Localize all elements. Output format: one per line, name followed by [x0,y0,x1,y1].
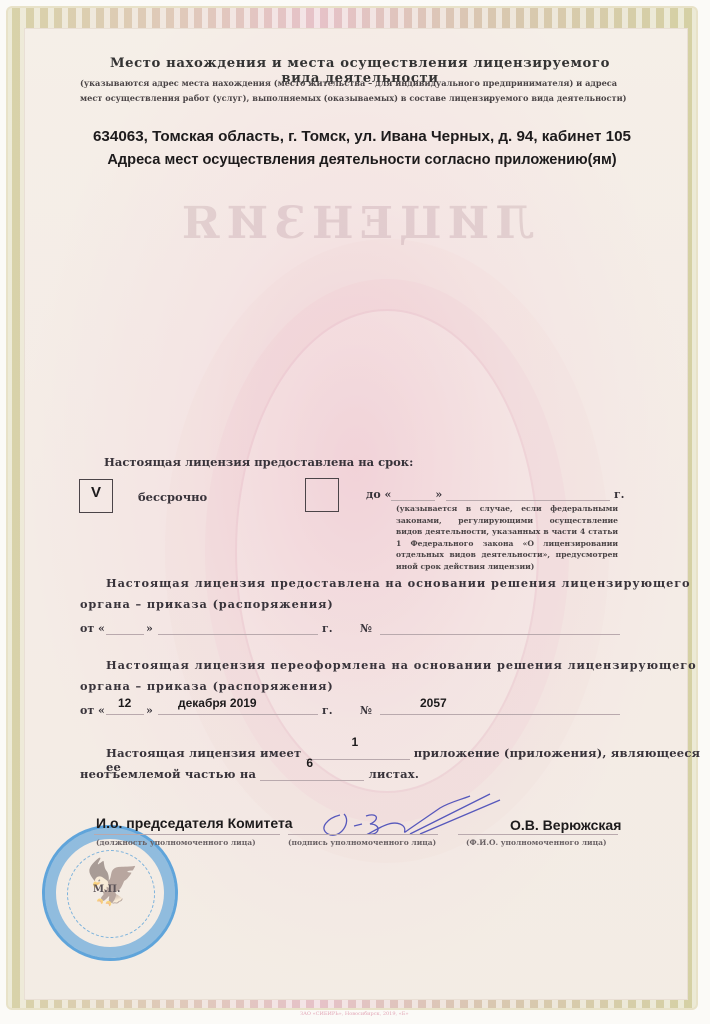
reissue-month-year: декабря 2019 [178,696,257,710]
seal-place-label: М.П. [93,884,120,895]
reissue-line-1: Настоящая лицензия переоформлена на осно… [106,658,697,672]
appendix-prefix: Настоящая лицензия имеет [106,746,301,760]
caption-signature: (подпись уполномоченного лица) [288,838,436,847]
reissue-day: 12 [118,696,131,710]
reissue-number-blank [380,700,620,715]
until-prefix: до « [366,488,391,501]
until-date-field: до «» г. [366,488,626,501]
reissue-order-row: от « 12 » декабря 2019 г. № 2057 [80,700,620,718]
double-headed-eagle-icon: 🦅 [85,856,140,908]
appendix-count-blank: 1 [306,745,410,760]
signatory-position: И.о. председателя Комитета [96,815,293,831]
sheets-count: 6 [306,756,313,770]
grant-quote-close: » [146,622,153,635]
stray-marks: ' ' [484,98,491,107]
until-day-blank [391,488,435,501]
perpetual-checkbox: V [79,479,113,513]
printer-imprint: ЗАО «СИБИРЬ», Новосибирск, 2019, «Б» [300,1011,409,1017]
reissue-line-2: органа – приказа (распоряжения) [80,679,334,693]
until-checkbox [305,478,339,512]
caption-position: (должность уполномоченного лица) [96,838,256,847]
sheets-suffix: листах. [369,767,419,781]
appendix-count: 1 [352,735,359,749]
grant-day-blank [106,620,144,635]
grant-from-label: от « [80,622,105,635]
perpetual-label: бессрочно [138,490,207,504]
term-title: Настоящая лицензия предоставлена на срок… [104,455,413,469]
name-line [458,834,618,835]
grant-order-row: от « » г. № [80,620,620,638]
grant-year-label: г. [322,622,333,635]
appendix-line-2: неотъемлемой частью на 6 листах. [80,766,419,781]
position-line [94,834,280,835]
reissue-number: 2057 [420,696,447,710]
address-main: 634063, Томская область, г. Томск, ул. И… [82,128,642,145]
grant-month-blank [158,620,318,635]
section-note: (указываются адрес места нахождения (мес… [80,76,640,106]
until-month-blank [446,488,610,501]
reissue-from-label: от « [80,704,105,717]
signature-line [288,834,438,835]
grant-number-label: № [360,622,372,635]
grant-line-1: Настоящая лицензия предоставлена на осно… [106,576,690,590]
reissue-quote-close: » [146,704,153,717]
address-appendix-reference: Адреса мест осуществления деятельности с… [82,152,642,168]
sheets-prefix: неотъемлемой частью на [80,767,256,781]
caption-name: (Ф.И.О. уполномоченного лица) [466,838,607,847]
sheets-blank: 6 [260,766,364,781]
reverse-side-watermark: ЛИЦЕНЗИЯ [0,198,710,249]
grant-number-blank [380,620,620,635]
reissue-number-label: № [360,704,372,717]
reissue-year-label: г. [322,704,333,717]
until-note: (указывается в случае, если федеральными… [396,503,618,573]
until-suffix: г. [614,488,625,501]
until-mid: » [435,488,442,501]
signatory-name: О.В. Верюжская [510,817,621,833]
grant-line-2: органа – приказа (распоряжения) [80,597,334,611]
